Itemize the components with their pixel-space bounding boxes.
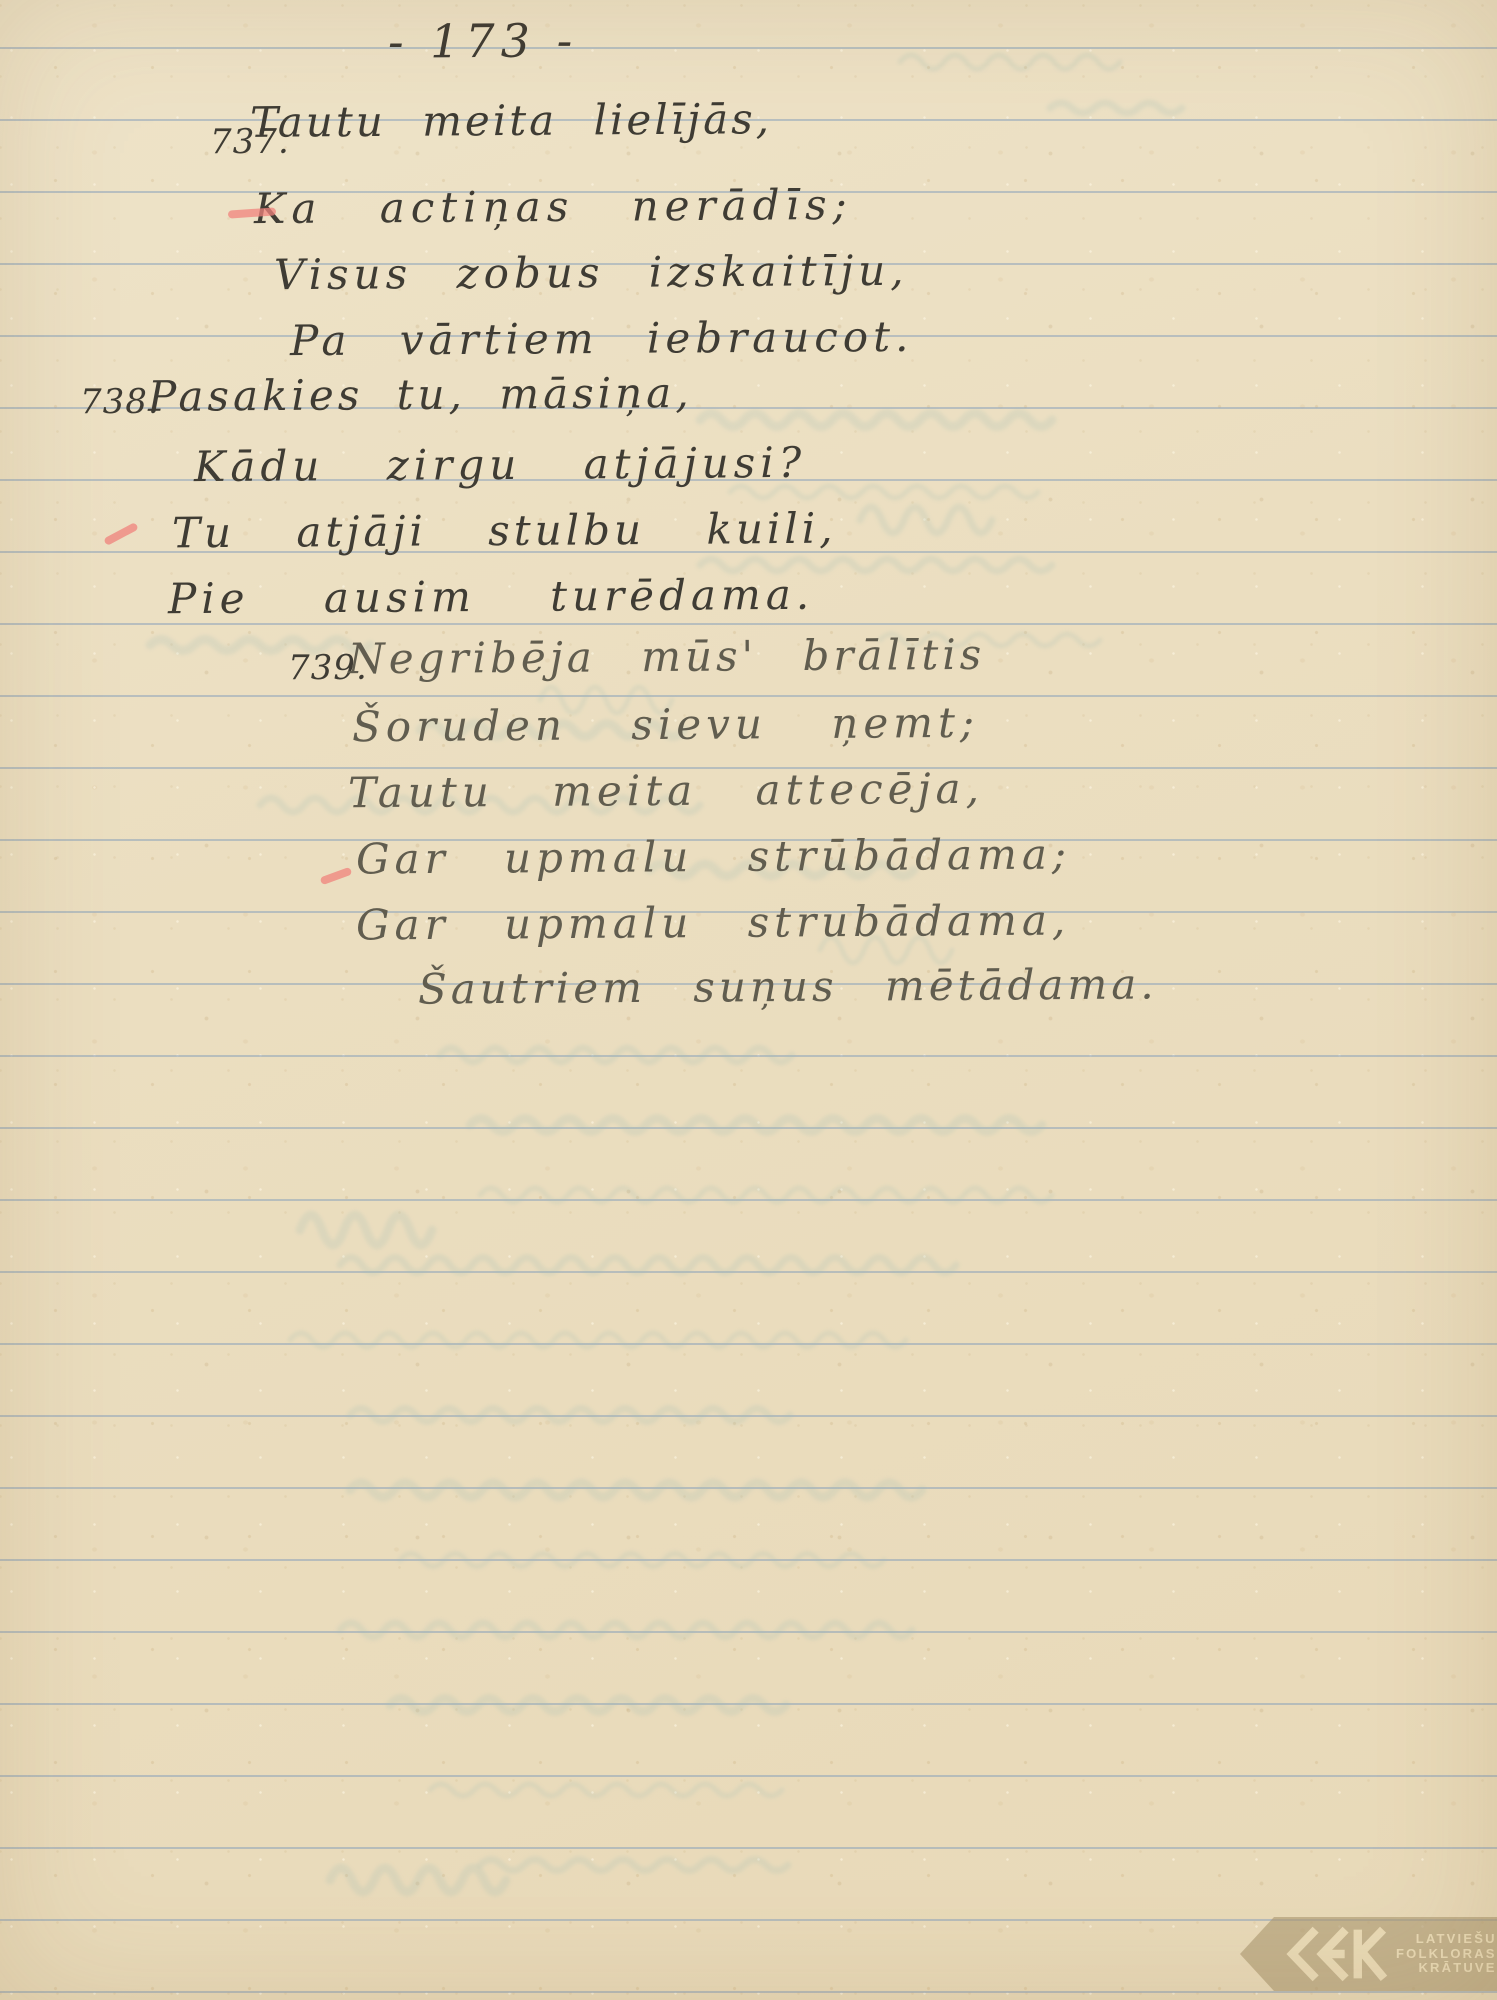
manuscript-page: - 173 - 737. Tautu meita lielījās, Ka ac… [0,0,1497,2000]
verse-line: Gar upmalu strūbādama; [356,830,1071,884]
watermark-line: FOLKLORAS [1396,1947,1497,1962]
verse-line: Pasakies tu, māsiņa, [148,368,693,421]
watermark-text: LATVIEŠU FOLKLORAS KRĀTUVE [1396,1932,1497,1976]
verse-line: Tautu meita attecēja, [348,764,984,817]
red-mark [320,867,353,885]
verse-line: Gar upmalu strubādama, [356,896,1071,950]
red-mark [103,522,139,546]
verse-line: Tu atjāji stulbu kuili, [172,504,837,558]
verse-line: Pa vārtiem iebraucot. [290,312,914,365]
verse-line: Visus zobus izskaitīju, [274,246,909,299]
verse-line: Tautu meita lielījās, [250,94,772,147]
page-number: - 173 - [388,13,579,68]
verse-line: Šoruden sievu ņemt; [352,698,979,751]
verse-line: Negribēja mūs' brālītis [348,630,986,683]
verse-line: Šautriem suņus mētādama. [418,959,1158,1013]
watermark-line: KRĀTUVE [1396,1961,1497,1976]
lfk-watermark: LATVIEŠU FOLKLORAS KRĀTUVE [1240,1917,1497,1991]
verse-line: Ka actiņas nerādīs; [254,180,853,233]
verse-line: Kādu zirgu atjājusi? [194,438,807,491]
watermark-line: LATVIEŠU [1396,1932,1497,1947]
lfk-logo-icon [1284,1925,1396,1983]
verse-line: Pie ausim turēdama. [168,570,814,624]
